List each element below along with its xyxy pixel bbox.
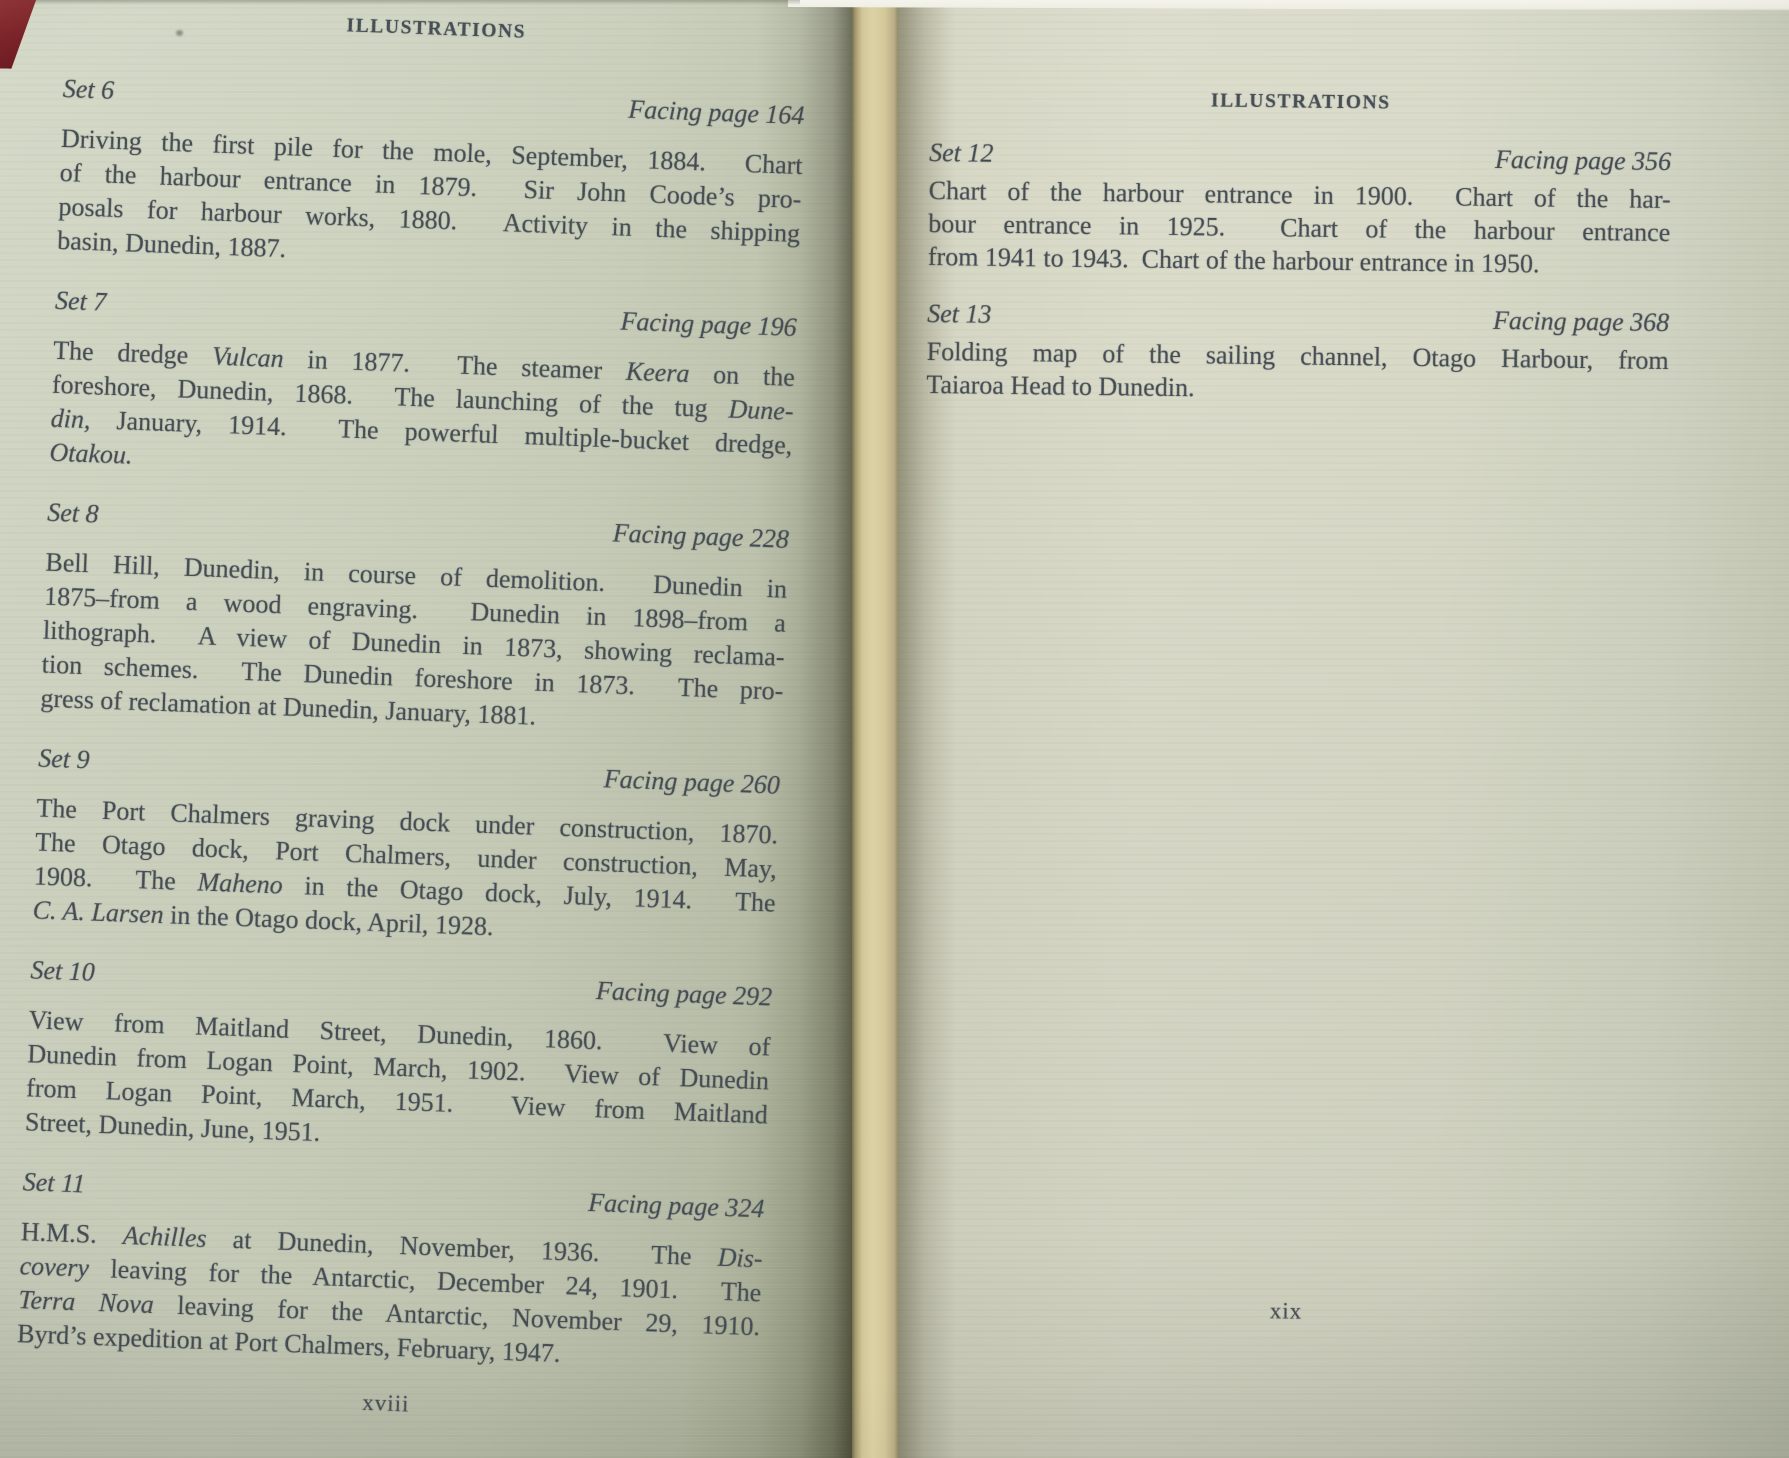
- set-heading: Set 12Facing page 356: [929, 136, 1671, 178]
- text: from 1941 to 1943. Chart of the harbour …: [928, 242, 1540, 278]
- italic-text: Maheno: [197, 867, 283, 899]
- set-description: The Port Chalmers graving dock under con…: [32, 791, 778, 954]
- italic-text: Vulcan: [211, 342, 284, 374]
- text: 1908. The: [33, 861, 198, 896]
- set-label: Set 8: [47, 496, 99, 532]
- illustration-set: Set 10Facing page 292View from Maitland …: [24, 953, 772, 1166]
- facing-page-label: Facing page 368: [1493, 304, 1670, 339]
- text: basin, Dunedin, 1887.: [57, 226, 287, 263]
- set-heading: Set 13Facing page 368: [927, 297, 1669, 339]
- italic-text: C. A. Larsen: [32, 895, 164, 929]
- set-label: Set 10: [30, 953, 95, 989]
- text: The dredge: [53, 336, 213, 371]
- paper-speck: [176, 30, 183, 36]
- set-description: H.M.S. Achilles at Dunedin, November, 19…: [17, 1215, 763, 1378]
- set-heading: Set 8Facing page 228: [47, 496, 790, 557]
- facing-page-label: Facing page 356: [1495, 143, 1672, 178]
- illustration-set: Set 7Facing page 196The dredge Vulcan in…: [49, 284, 797, 497]
- set-label: Set 7: [54, 284, 106, 320]
- italic-text: Keera: [625, 357, 690, 388]
- set-description: Folding map of the sailing channel, Otag…: [926, 335, 1669, 410]
- page-number: xix: [915, 1294, 1657, 1329]
- set-description: Chart of the harbour entrance in 1900. C…: [928, 174, 1671, 282]
- italic-text: Achilles: [122, 1221, 207, 1253]
- set-heading: Set 6Facing page 164: [62, 72, 805, 133]
- gutter-page-edge: [852, 0, 898, 1458]
- set-heading: Set 7Facing page 196: [54, 284, 797, 345]
- illustration-set: Set 12Facing page 356Chart of the harbou…: [928, 136, 1672, 282]
- facing-page-label: Facing page 324: [588, 1186, 765, 1226]
- set-heading: Set 11Facing page 324: [22, 1165, 765, 1226]
- set-description: The dredge Vulcan in 1877. The steamer K…: [49, 334, 795, 497]
- text: H.M.S.: [20, 1217, 123, 1250]
- text: Taiaroa Head to Dunedin.: [926, 370, 1195, 402]
- italic-text: din,: [50, 404, 91, 434]
- gutter-inner-shadow: [898, 0, 956, 1458]
- facing-page-label: Facing page 260: [603, 762, 780, 802]
- illustration-set: Set 6Facing page 164Driving the first pi…: [57, 72, 805, 285]
- illustration-set: Set 9Facing page 260The Port Chalmers gr…: [32, 742, 780, 955]
- illustration-set: Set 8Facing page 228Bell Hill, Dunedin, …: [40, 496, 790, 743]
- gutter-shadow: [756, 0, 852, 1458]
- right-page: ILLUSTRATIONS Set 12Facing page 356Chart…: [914, 86, 1672, 1415]
- set-description: View from Maitland Street, Dunedin, 1860…: [24, 1003, 770, 1166]
- set-description: Driving the first pile for the mole, Sep…: [57, 122, 803, 285]
- illustration-list: Set 6Facing page 164Driving the first pi…: [17, 72, 805, 1378]
- set-description: Bell Hill, Dunedin, in course of demolit…: [40, 546, 788, 743]
- italic-text: Terra Nova: [18, 1285, 154, 1319]
- set-heading: Set 9Facing page 260: [38, 742, 781, 803]
- facing-page-label: Facing page 292: [595, 974, 772, 1014]
- set-label: Set 9: [38, 742, 90, 778]
- illustration-set: Set 11Facing page 324H.M.S. Achilles at …: [17, 1165, 765, 1378]
- set-label: Set 6: [62, 72, 114, 108]
- set-heading: Set 10Facing page 292: [30, 953, 773, 1014]
- italic-text: covery: [19, 1251, 89, 1283]
- italic-text: Otakou.: [49, 438, 133, 470]
- set-label: Set 11: [22, 1165, 86, 1201]
- left-page: ILLUSTRATIONS Set 6Facing page 164Drivin…: [15, 4, 808, 1430]
- photo-top-edge: [0, 0, 800, 5]
- illustration-set: Set 13Facing page 368Folding map of the …: [926, 297, 1669, 410]
- illustration-list: Set 12Facing page 356Chart of the harbou…: [926, 136, 1671, 410]
- book-photo: ILLUSTRATIONS Set 6Facing page 164Drivin…: [0, 0, 1789, 1458]
